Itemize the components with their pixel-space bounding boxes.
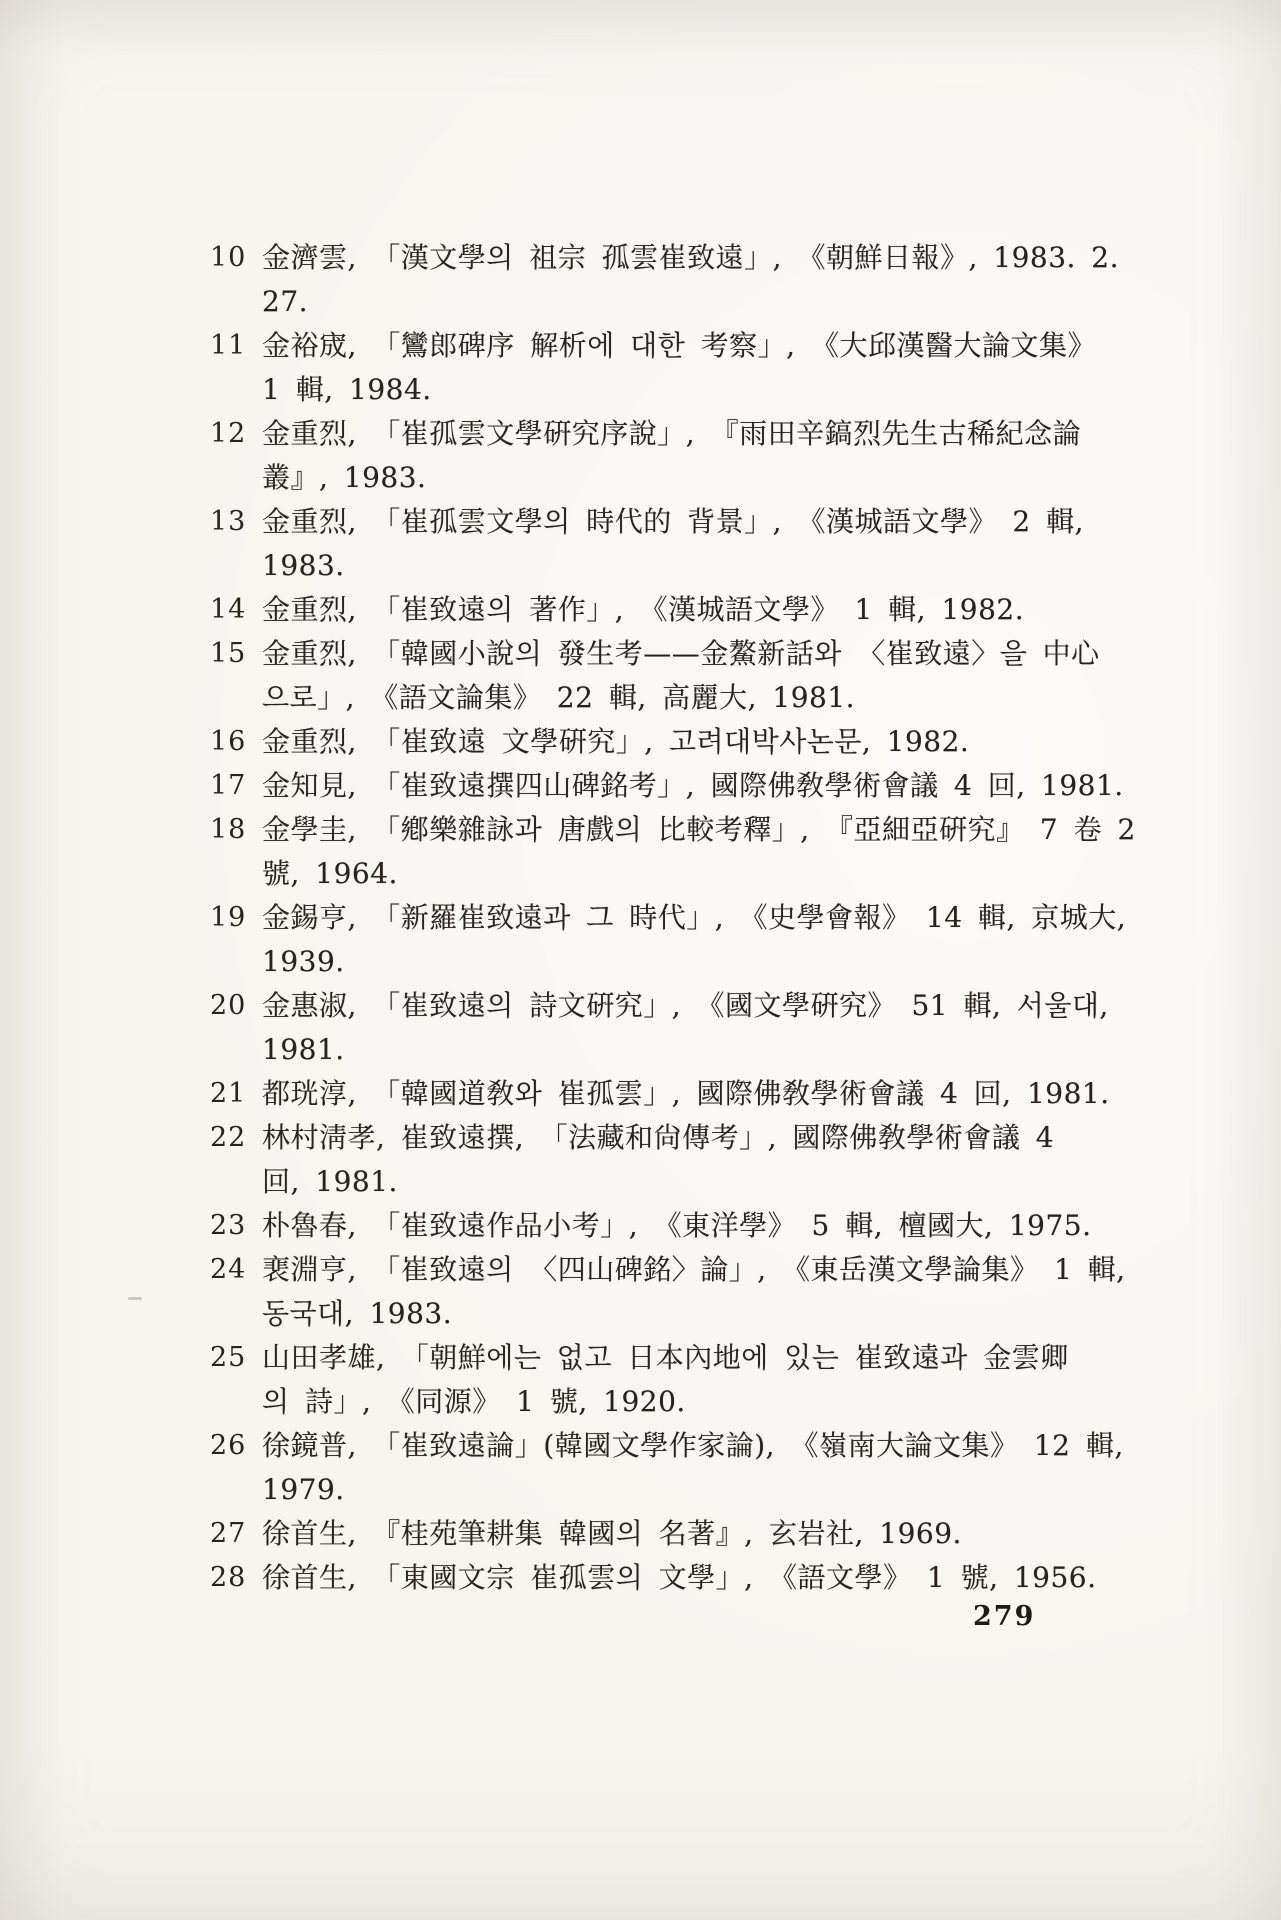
reference-text: 徐首生, 「東國文宗 崔孤雲의 文學」, 《語文學》 1 號, 1956. [262, 1556, 1140, 1600]
reference-number: 12 [210, 412, 256, 456]
reference-line: 林村淸孝, 崔致遠撰, 「法藏和尙傳考」, 國際佛敎學術會議 4 [262, 1116, 1140, 1160]
reference-text: 金重烈, 「韓國小說의 發生考——金鰲新話와 〈崔致遠〉을 中心으로」, 《語文… [262, 632, 1140, 720]
reference-line: 金裕宬, 「鸞郎碑序 解析에 대한 考察」, 《大邱漢醫大論文集》 [262, 324, 1140, 368]
reference-line: 金重烈, 「崔致遠 文學硏究」, 고려대박사논문, 1982. [262, 720, 1140, 764]
reference-item: 15 金重烈, 「韓國小說의 發生考——金鰲新話와 〈崔致遠〉을 中心으로」, … [210, 632, 1140, 720]
reference-text: 山田孝雄, 「朝鮮에는 없고 日本內地에 있는 崔致遠과 金雲卿의 詩」, 《同… [262, 1336, 1140, 1424]
reference-line: 1983. [262, 544, 1140, 588]
reference-number: 23 [210, 1204, 256, 1248]
reference-text: 金學圭, 「鄕樂雜詠과 唐戲의 比較考釋」, 『亞細亞硏究』 7 卷 2號, 1… [262, 808, 1140, 896]
reference-line: 金重烈, 「崔孤雲文學의 時代的 背景」, 《漢城語文學》 2 輯, [262, 500, 1140, 544]
reference-item: 17 金知見, 「崔致遠撰四山碑銘考」, 國際佛敎學術會議 4 回, 1981. [210, 764, 1140, 808]
reference-line: 27. [262, 280, 1140, 324]
reference-text: 林村淸孝, 崔致遠撰, 「法藏和尙傳考」, 國際佛敎學術會議 4回, 1981. [262, 1116, 1140, 1204]
reference-line: 金重烈, 「崔致遠의 著作」, 《漢城語文學》 1 輯, 1982. [262, 588, 1140, 632]
scan-artifact [128, 1297, 142, 1300]
reference-number: 24 [210, 1248, 256, 1292]
reference-text: 金錫亨, 「新羅崔致遠과 그 時代」, 《史學會報》 14 輯, 京城大,193… [262, 896, 1140, 984]
reference-item: 20 金惠淑, 「崔致遠의 詩文硏究」, 《國文學硏究》 51 輯, 서울대,1… [210, 984, 1140, 1072]
reference-line: 으로」, 《語文論集》 22 輯, 高麗大, 1981. [262, 676, 1140, 720]
reference-line: 都珖淳, 「韓國道敎와 崔孤雲」, 國際佛敎學術會議 4 回, 1981. [262, 1072, 1140, 1116]
reference-line: 동국대, 1983. [262, 1292, 1140, 1336]
reference-number: 15 [210, 632, 256, 676]
reference-item: 24 裵淵亨, 「崔致遠의 〈四山碑銘〉論」, 《東岳漢文學論集》 1 輯,동국… [210, 1248, 1140, 1336]
reference-text: 都珖淳, 「韓國道敎와 崔孤雲」, 國際佛敎學術會議 4 回, 1981. [262, 1072, 1140, 1116]
reference-line: 1 輯, 1984. [262, 368, 1140, 412]
reference-item: 26 徐鏡普, 「崔致遠論」(韓國文學作家論), 《嶺南大論文集》 12 輯,1… [210, 1424, 1140, 1512]
reference-line: 1981. [262, 1028, 1140, 1072]
reference-item: 14 金重烈, 「崔致遠의 著作」, 《漢城語文學》 1 輯, 1982. [210, 588, 1140, 632]
reference-line: 金知見, 「崔致遠撰四山碑銘考」, 國際佛敎學術會議 4 回, 1981. [262, 764, 1140, 808]
reference-line: 裵淵亨, 「崔致遠의 〈四山碑銘〉論」, 《東岳漢文學論集》 1 輯, [262, 1248, 1140, 1292]
reference-item: 16 金重烈, 「崔致遠 文學硏究」, 고려대박사논문, 1982. [210, 720, 1140, 764]
reference-number: 26 [210, 1424, 256, 1468]
reference-number: 16 [210, 720, 256, 764]
reference-line: 山田孝雄, 「朝鮮에는 없고 日本內地에 있는 崔致遠과 金雲卿 [262, 1336, 1140, 1380]
reference-text: 金惠淑, 「崔致遠의 詩文硏究」, 《國文學硏究》 51 輯, 서울대,1981… [262, 984, 1140, 1072]
reference-item: 19 金錫亨, 「新羅崔致遠과 그 時代」, 《史學會報》 14 輯, 京城大,… [210, 896, 1140, 984]
scanned-page: 10 金濟雲, 「漢文學의 祖宗 孤雲崔致遠」, 《朝鮮日報》, 1983. 2… [0, 0, 1281, 1920]
reference-item: 27 徐首生, 『桂苑筆耕集 韓國의 名著』, 玄岩社, 1969. [210, 1512, 1140, 1556]
reference-number: 18 [210, 808, 256, 852]
reference-text: 裵淵亨, 「崔致遠의 〈四山碑銘〉論」, 《東岳漢文學論集》 1 輯,동국대, … [262, 1248, 1140, 1336]
reference-item: 13 金重烈, 「崔孤雲文學의 時代的 背景」, 《漢城語文學》 2 輯,198… [210, 500, 1140, 588]
reference-line: 1939. [262, 940, 1140, 984]
reference-number: 11 [210, 324, 256, 368]
reference-line: 徐首生, 『桂苑筆耕集 韓國의 名著』, 玄岩社, 1969. [262, 1512, 1140, 1556]
reference-item: 12 金重烈, 「崔孤雲文學硏究序說」, 『雨田辛鎬烈先生古稀紀念論叢』, 19… [210, 412, 1140, 500]
reference-line: 朴魯春, 「崔致遠作品小考」, 《東洋學》 5 輯, 檀國大, 1975. [262, 1204, 1140, 1248]
reference-line: 1979. [262, 1468, 1140, 1512]
reference-item: 18 金學圭, 「鄕樂雜詠과 唐戲의 比較考釋」, 『亞細亞硏究』 7 卷 2號… [210, 808, 1140, 896]
reference-text: 金重烈, 「崔致遠 文學硏究」, 고려대박사논문, 1982. [262, 720, 1140, 764]
reference-item: 28 徐首生, 「東國文宗 崔孤雲의 文學」, 《語文學》 1 號, 1956. [210, 1556, 1140, 1600]
reference-number: 25 [210, 1336, 256, 1380]
reference-list: 10 金濟雲, 「漢文學의 祖宗 孤雲崔致遠」, 《朝鮮日報》, 1983. 2… [210, 236, 1140, 1600]
reference-item: 22 林村淸孝, 崔致遠撰, 「法藏和尙傳考」, 國際佛敎學術會議 4回, 19… [210, 1116, 1140, 1204]
reference-number: 20 [210, 984, 256, 1028]
reference-text: 金裕宬, 「鸞郎碑序 解析에 대한 考察」, 《大邱漢醫大論文集》1 輯, 19… [262, 324, 1140, 412]
reference-number: 22 [210, 1116, 256, 1160]
reference-line: 金濟雲, 「漢文學의 祖宗 孤雲崔致遠」, 《朝鮮日報》, 1983. 2. [262, 236, 1140, 280]
reference-text: 金重烈, 「崔孤雲文學硏究序說」, 『雨田辛鎬烈先生古稀紀念論叢』, 1983. [262, 412, 1140, 500]
reference-item: 23 朴魯春, 「崔致遠作品小考」, 《東洋學》 5 輯, 檀國大, 1975. [210, 1204, 1140, 1248]
reference-line: 金重烈, 「韓國小說의 發生考——金鰲新話와 〈崔致遠〉을 中心 [262, 632, 1140, 676]
reference-text: 徐首生, 『桂苑筆耕集 韓國의 名著』, 玄岩社, 1969. [262, 1512, 1140, 1556]
reference-number: 27 [210, 1512, 256, 1556]
reference-number: 17 [210, 764, 256, 808]
reference-line: 徐首生, 「東國文宗 崔孤雲의 文學」, 《語文學》 1 號, 1956. [262, 1556, 1140, 1600]
reference-number: 19 [210, 896, 256, 940]
reference-text: 金重烈, 「崔孤雲文學의 時代的 背景」, 《漢城語文學》 2 輯,1983. [262, 500, 1140, 588]
reference-text: 徐鏡普, 「崔致遠論」(韓國文學作家論), 《嶺南大論文集》 12 輯,1979… [262, 1424, 1140, 1512]
reference-text: 朴魯春, 「崔致遠作品小考」, 《東洋學》 5 輯, 檀國大, 1975. [262, 1204, 1140, 1248]
reference-line: 金重烈, 「崔孤雲文學硏究序說」, 『雨田辛鎬烈先生古稀紀念論 [262, 412, 1140, 456]
page-number: 279 [973, 1601, 1035, 1632]
reference-item: 10 金濟雲, 「漢文學의 祖宗 孤雲崔致遠」, 《朝鮮日報》, 1983. 2… [210, 236, 1140, 324]
reference-number: 28 [210, 1556, 256, 1600]
reference-line: 金惠淑, 「崔致遠의 詩文硏究」, 《國文學硏究》 51 輯, 서울대, [262, 984, 1140, 1028]
reference-line: 叢』, 1983. [262, 456, 1140, 500]
reference-line: 金學圭, 「鄕樂雜詠과 唐戲의 比較考釋」, 『亞細亞硏究』 7 卷 2 [262, 808, 1140, 852]
reference-text: 金濟雲, 「漢文學의 祖宗 孤雲崔致遠」, 《朝鮮日報》, 1983. 2.27… [262, 236, 1140, 324]
reference-item: 11 金裕宬, 「鸞郎碑序 解析에 대한 考察」, 《大邱漢醫大論文集》1 輯,… [210, 324, 1140, 412]
reference-line: 徐鏡普, 「崔致遠論」(韓國文學作家論), 《嶺南大論文集》 12 輯, [262, 1424, 1140, 1468]
reference-number: 14 [210, 588, 256, 632]
reference-number: 13 [210, 500, 256, 544]
reference-line: 回, 1981. [262, 1160, 1140, 1204]
reference-line: 金錫亨, 「新羅崔致遠과 그 時代」, 《史學會報》 14 輯, 京城大, [262, 896, 1140, 940]
reference-text: 金重烈, 「崔致遠의 著作」, 《漢城語文學》 1 輯, 1982. [262, 588, 1140, 632]
reference-line: 號, 1964. [262, 852, 1140, 896]
reference-item: 21 都珖淳, 「韓國道敎와 崔孤雲」, 國際佛敎學術會議 4 回, 1981. [210, 1072, 1140, 1116]
reference-number: 21 [210, 1072, 256, 1116]
reference-number: 10 [210, 236, 256, 280]
reference-line: 의 詩」, 《同源》 1 號, 1920. [262, 1380, 1140, 1424]
reference-text: 金知見, 「崔致遠撰四山碑銘考」, 國際佛敎學術會議 4 回, 1981. [262, 764, 1140, 808]
reference-item: 25 山田孝雄, 「朝鮮에는 없고 日本內地에 있는 崔致遠과 金雲卿의 詩」,… [210, 1336, 1140, 1424]
